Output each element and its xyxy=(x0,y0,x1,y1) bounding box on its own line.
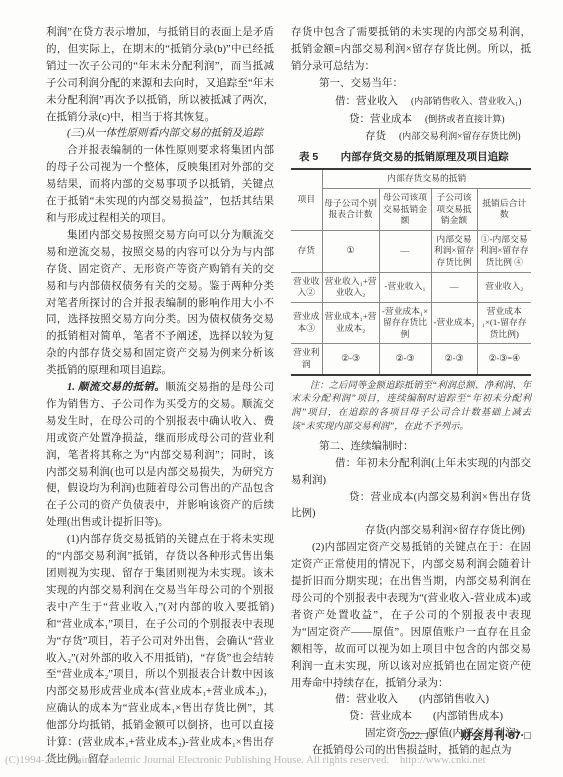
table5-caption: 内部存货交易的抵销原理及项目追踪 xyxy=(318,151,531,164)
table-cell: -营业收入₁ xyxy=(379,272,431,302)
table-cell: 营业成本₁×(1-留存存货比例) xyxy=(477,302,531,344)
table-cell: 内部交易利润×留存存货比例 xyxy=(431,230,477,272)
paragraph-top-right: 存货中包含了需要抵销的未实现的内部交易利润，抵销金额=内部交易利润×留存存货比例… xyxy=(291,25,531,76)
paragraph-downstream-text: 顺流交易指的是母公司作为销售方、子公司作为买受方的交易。顺流交易发生时，在母公司… xyxy=(46,382,274,528)
journal-entry-line: 借：年初未分配利润(上年未实现的内部交易利润) xyxy=(291,456,531,490)
table-cell: — xyxy=(431,272,477,302)
journal-entry-line: 贷：营业成本(倒挤或者直接计算) xyxy=(291,111,531,129)
journal-entry-line: 借：营业收入 (内部销售收入) xyxy=(291,692,531,709)
table-row-header: 营业利润 xyxy=(291,344,322,375)
paragraph-integrity-principle: 合并报表编制的一体性原则要求将集团内部的母子公司视为一个整体，反映集团对外部的交… xyxy=(46,143,274,228)
paragraph-fixed-asset: (2)内部固定资产交易抵销的关键点在于：在固定资产正常使用的情况下，内部交易利润… xyxy=(291,540,531,692)
table5-col-header: 母公司该项交易抵销金额 xyxy=(379,188,431,230)
table5-col-header: 子公司该项交易抵销金额 xyxy=(431,188,477,230)
table-cell: ① xyxy=(322,230,379,272)
table5-label: 表 5 xyxy=(299,151,318,164)
table-row-header: 营业收入② xyxy=(291,272,322,302)
paragraph-continuation: 利润”在贷方表示增加，与抵销目的表面上是矛盾的，但实际上，在期末的“抵销分录(b… xyxy=(46,25,274,126)
paragraph-downstream: 1. 顺流交易的抵销。顺流交易指的是母公司作为销售方、子公司作为买受方的交易。顺… xyxy=(46,380,274,532)
table-cell: -营业成本₁×留存存货比例 xyxy=(379,302,431,344)
table-cell: 营业收入₁+营业收入₂ xyxy=(322,272,379,302)
entry-credit2-label: 存货 xyxy=(365,131,386,142)
table5-note: 注：之后同等金额追踪抵销至“利润总额、净利润、年末未分配利润”项目，连续编制时追… xyxy=(291,380,531,435)
table-cell: ②-③ xyxy=(379,344,431,375)
right-column: 存货中包含了需要抵销的未实现的内部交易利润，抵销金额=内部交易利润×留存存货比例… xyxy=(291,25,531,760)
table-cell: -营业成本₂ xyxy=(431,302,477,344)
table5-group-header: 内部存货交易的抵销 xyxy=(322,169,531,188)
table-cell: ②-③ xyxy=(431,344,477,375)
entry-heading-second: 第二、连续编制时： xyxy=(291,439,531,456)
table5-col-header: 母子公司个别报表合计数 xyxy=(322,188,379,230)
paragraph-inventory-elimination: (1)内部存货交易抵销的关键点在于将未实现的“内部交易利润”抵销，存货以各种形式… xyxy=(46,532,274,769)
table5-title-row: 表 5 内部存货交易的抵销原理及项目追踪 xyxy=(299,151,531,164)
table-row-revenue: 营业收入② 营业收入₁+营业收入₂ -营业收入₁ — 营业收入₂ xyxy=(291,272,531,302)
journal-name-page-number: 财会月刊·87·□ xyxy=(461,727,531,743)
table5-col-header: 抵销后合计数 xyxy=(477,188,531,230)
table-row-inventory: 存货 ① — 内部交易利润×留存存货比例 ①-内部交易利润×留存存货比例 ④ xyxy=(291,230,531,272)
page-footer: 2022. 12 财会月刊·87·□ xyxy=(291,727,531,743)
entry-heading-first: 第一、交易当年： xyxy=(291,76,531,93)
table-cell: ②-③=④ xyxy=(477,344,531,375)
table-cell: 营业成本₁+营业成本₂ xyxy=(322,302,379,344)
journal-entry-line: 存货(内部交易利润×留存存货比例) xyxy=(291,128,531,146)
table5-block: 表 5 内部存货交易的抵销原理及项目追踪 项目 内部存货交易的抵销 母子公司个别… xyxy=(291,151,531,435)
paragraph-lead-downstream: 1. 顺流交易的抵销。 xyxy=(67,382,165,393)
table-cell: ①-内部交易利润×留存存货比例 ④ xyxy=(477,230,531,272)
table-row-cost: 营业成本③ 营业成本₁+营业成本₂ -营业成本₁×留存存货比例 -营业成本₂ 营… xyxy=(291,302,531,344)
journal-page: 利润”在贷方表示增加，与抵销目的表面上是矛盾的，但实际上，在期末的“抵销分录(b… xyxy=(0,0,563,777)
journal-entry-line: 贷：营业成本(内部交易利润×售出存货比例) xyxy=(291,490,531,524)
paragraph-transaction-types: 集团内部交易按照交易方向可以分为顺流交易和逆流交易，按照交易的内容可以分为与内部… xyxy=(46,228,274,380)
table-row-header: 营业成本③ xyxy=(291,302,322,344)
left-column: 利润”在贷方表示增加，与抵销目的表面上是矛盾的，但实际上，在期末的“抵销分录(b… xyxy=(46,25,274,769)
journal-entry-line: 贷：营业成本 (内部销售成本) xyxy=(291,709,531,726)
table-cell: — xyxy=(379,230,431,272)
table-cell: 营业收入₂ xyxy=(477,272,531,302)
entry-annotation: (内部交易利润×留存存货比例) xyxy=(399,131,521,141)
issue-date: 2022. 12 xyxy=(400,731,435,742)
journal-entry-line: 借：营业收入(内部销售收入、营业收入₁) xyxy=(291,93,531,111)
section-heading-3: (三)从一体性原则看内部交易的抵销及追踪 xyxy=(46,126,274,143)
entry-credit-label: 贷：营业成本 xyxy=(349,114,412,125)
entry-debit-label: 借：营业收入 xyxy=(335,96,398,107)
table5-corner-header: 项目 xyxy=(291,169,322,230)
table-row-profit: 营业利润 ②-③ ②-③ ②-③ ②-③=④ xyxy=(291,344,531,375)
journal-entry-line: 存货(内部交易利润×留存存货比例) xyxy=(291,523,531,540)
table-row-header: 存货 xyxy=(291,230,322,272)
table-cell: ②-③ xyxy=(322,344,379,375)
entry-annotation: (内部销售收入、营业收入₁) xyxy=(411,96,521,106)
entry-annotation: (倒挤或者直接计算) xyxy=(425,114,505,124)
table5: 项目 内部存货交易的抵销 母子公司个别报表合计数 母公司该项交易抵销金额 子公司… xyxy=(291,168,531,375)
copyright-notice: (C)1994-2022 China Academic Journal Elec… xyxy=(5,754,486,766)
